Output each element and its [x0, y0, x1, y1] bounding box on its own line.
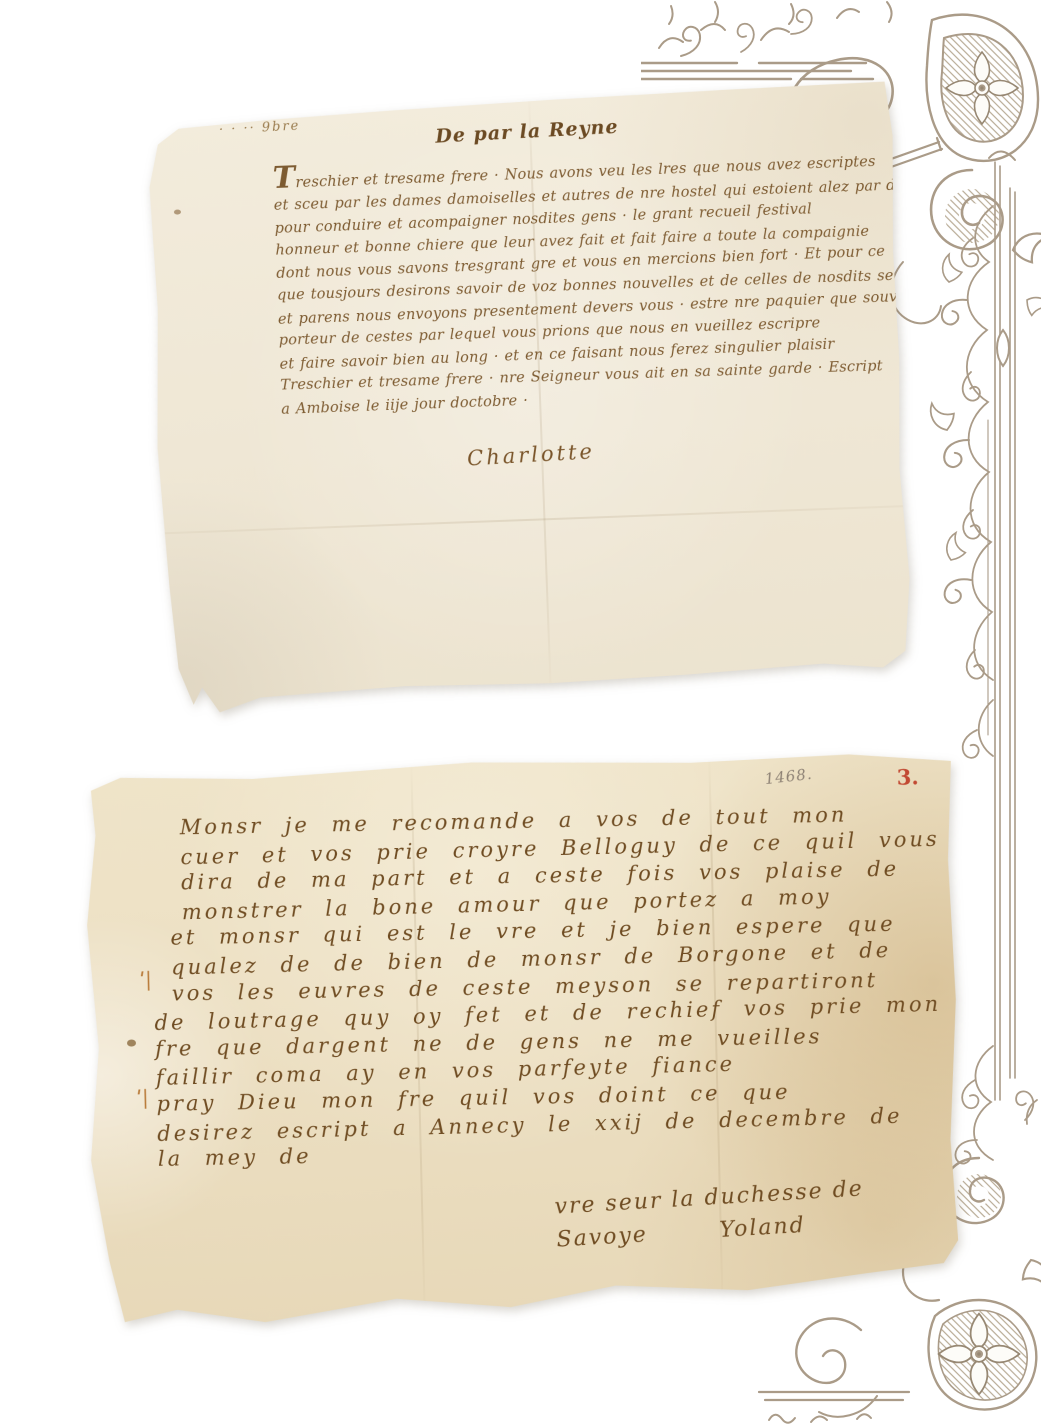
letter2-signature-yolande: vre seur la duchesse deSavoye Yoland — [554, 1172, 867, 1256]
letter1-body-text: Treschier et tresame frere · Nous avons … — [272, 146, 893, 422]
letter2-year-annotation: 1468. — [764, 765, 814, 788]
letter-queen-charlotte: · · ·· 9bre De par la Reyne Treschier et… — [132, 81, 916, 715]
letter2-folio-number: 3. — [896, 764, 919, 790]
letter1-heading: De par la Reyne — [435, 116, 619, 148]
signature-line: Savoye Yoland — [556, 1213, 807, 1253]
letter-yolande-of-savoy: 1468. 3. ˈ| ˈ| Monsr je me recomande a v… — [76, 747, 967, 1328]
letter1-horizontal-fold-crease — [148, 505, 910, 535]
letter1-archival-annotation: · · ·· 9bre — [219, 118, 301, 137]
signature-line: vre seur la duchesse de — [554, 1176, 865, 1219]
letter2-paraph-mark: ˈ| — [136, 1085, 149, 1109]
letter1-wormhole-stain — [174, 209, 181, 214]
letter2-ink-stain — [127, 1039, 136, 1046]
letter2-paper: 1468. 3. ˈ| ˈ| Monsr je me recomande a v… — [76, 747, 967, 1328]
letter1-signature-charlotte: Charlotte — [467, 439, 596, 470]
catalogue-page: · · ·· 9bre De par la Reyne Treschier et… — [0, 0, 1041, 1427]
letter1-paper: · · ·· 9bre De par la Reyne Treschier et… — [132, 81, 916, 715]
letter2-paraph-mark: ˈ| — [139, 967, 152, 991]
letter2-body-text: Monsr je me recomande a vos de tout mon … — [149, 798, 947, 1176]
